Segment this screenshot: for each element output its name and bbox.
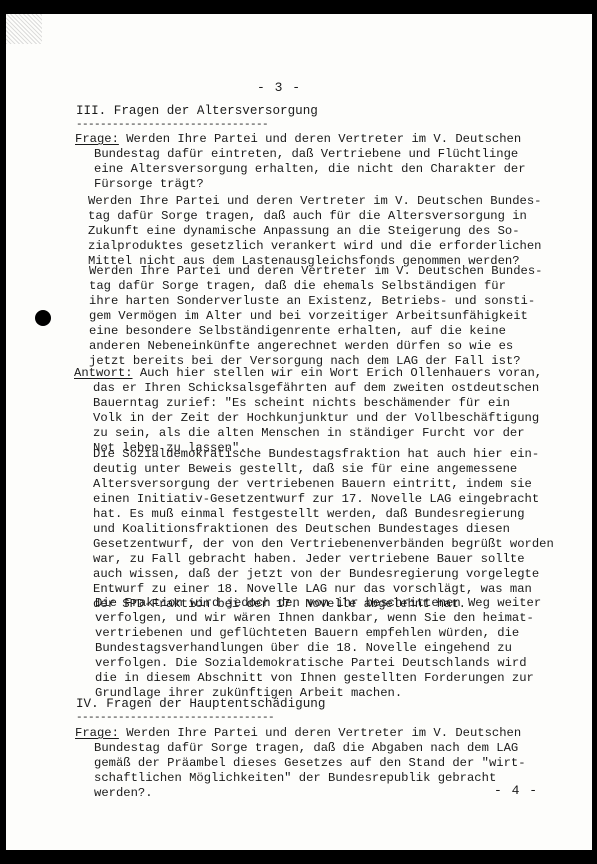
- question-label: Frage:: [75, 132, 119, 146]
- answer-iii-paragraph-1: Die Sozialdemokratische Bundestagsfrakti…: [93, 447, 554, 612]
- question-first-line: Werden Ihre Partei und deren Vertreter i…: [119, 132, 521, 146]
- document-page: - 3 - III. Fragen der Altersversorgung -…: [6, 14, 592, 850]
- question-iii-3: Werden Ihre Partei und deren Vertreter i…: [89, 264, 542, 369]
- section-heading-iv: IV. Fragen der Hauptentschädigung: [76, 697, 325, 711]
- question-first-line: Werden Ihre Partei und deren Vertreter i…: [119, 726, 521, 740]
- page-number-bottom: - 4 -: [494, 783, 538, 798]
- answer-label: Antwort:: [74, 366, 133, 380]
- answer-iii-continuation: das er Ihren Schicksalsgefährten auf dem…: [93, 381, 539, 456]
- question-iv-1-continuation: Bundestag dafür Sorge tragen, daß die Ab…: [94, 741, 526, 801]
- page-number-top: - 3 -: [257, 80, 301, 95]
- question-iii-1-continuation: Bundestag dafür eintreten, daß Vertriebe…: [94, 147, 526, 192]
- question-label: Frage:: [75, 726, 119, 740]
- question-iii-1: Frage: Werden Ihre Partei und deren Vert…: [75, 132, 521, 147]
- answer-iii: Antwort: Auch hier stellen wir ein Wort …: [74, 366, 542, 381]
- section-rule-iv: ---------------------------------: [76, 712, 274, 724]
- section-rule-iii: --------------------------------: [76, 119, 268, 131]
- answer-iii-paragraph-2: Die Fraktion wird jedoch den von ihr bes…: [95, 596, 541, 701]
- answer-first-line: Auch hier stellen wir ein Wort Erich Oll…: [133, 366, 543, 380]
- question-iii-2: Werden Ihre Partei und deren Vertreter i…: [88, 194, 541, 269]
- punch-hole-mark: [35, 310, 51, 326]
- question-iv-1: Frage: Werden Ihre Partei und deren Vert…: [75, 726, 521, 741]
- section-heading-iii: III. Fragen der Altersversorgung: [76, 104, 318, 118]
